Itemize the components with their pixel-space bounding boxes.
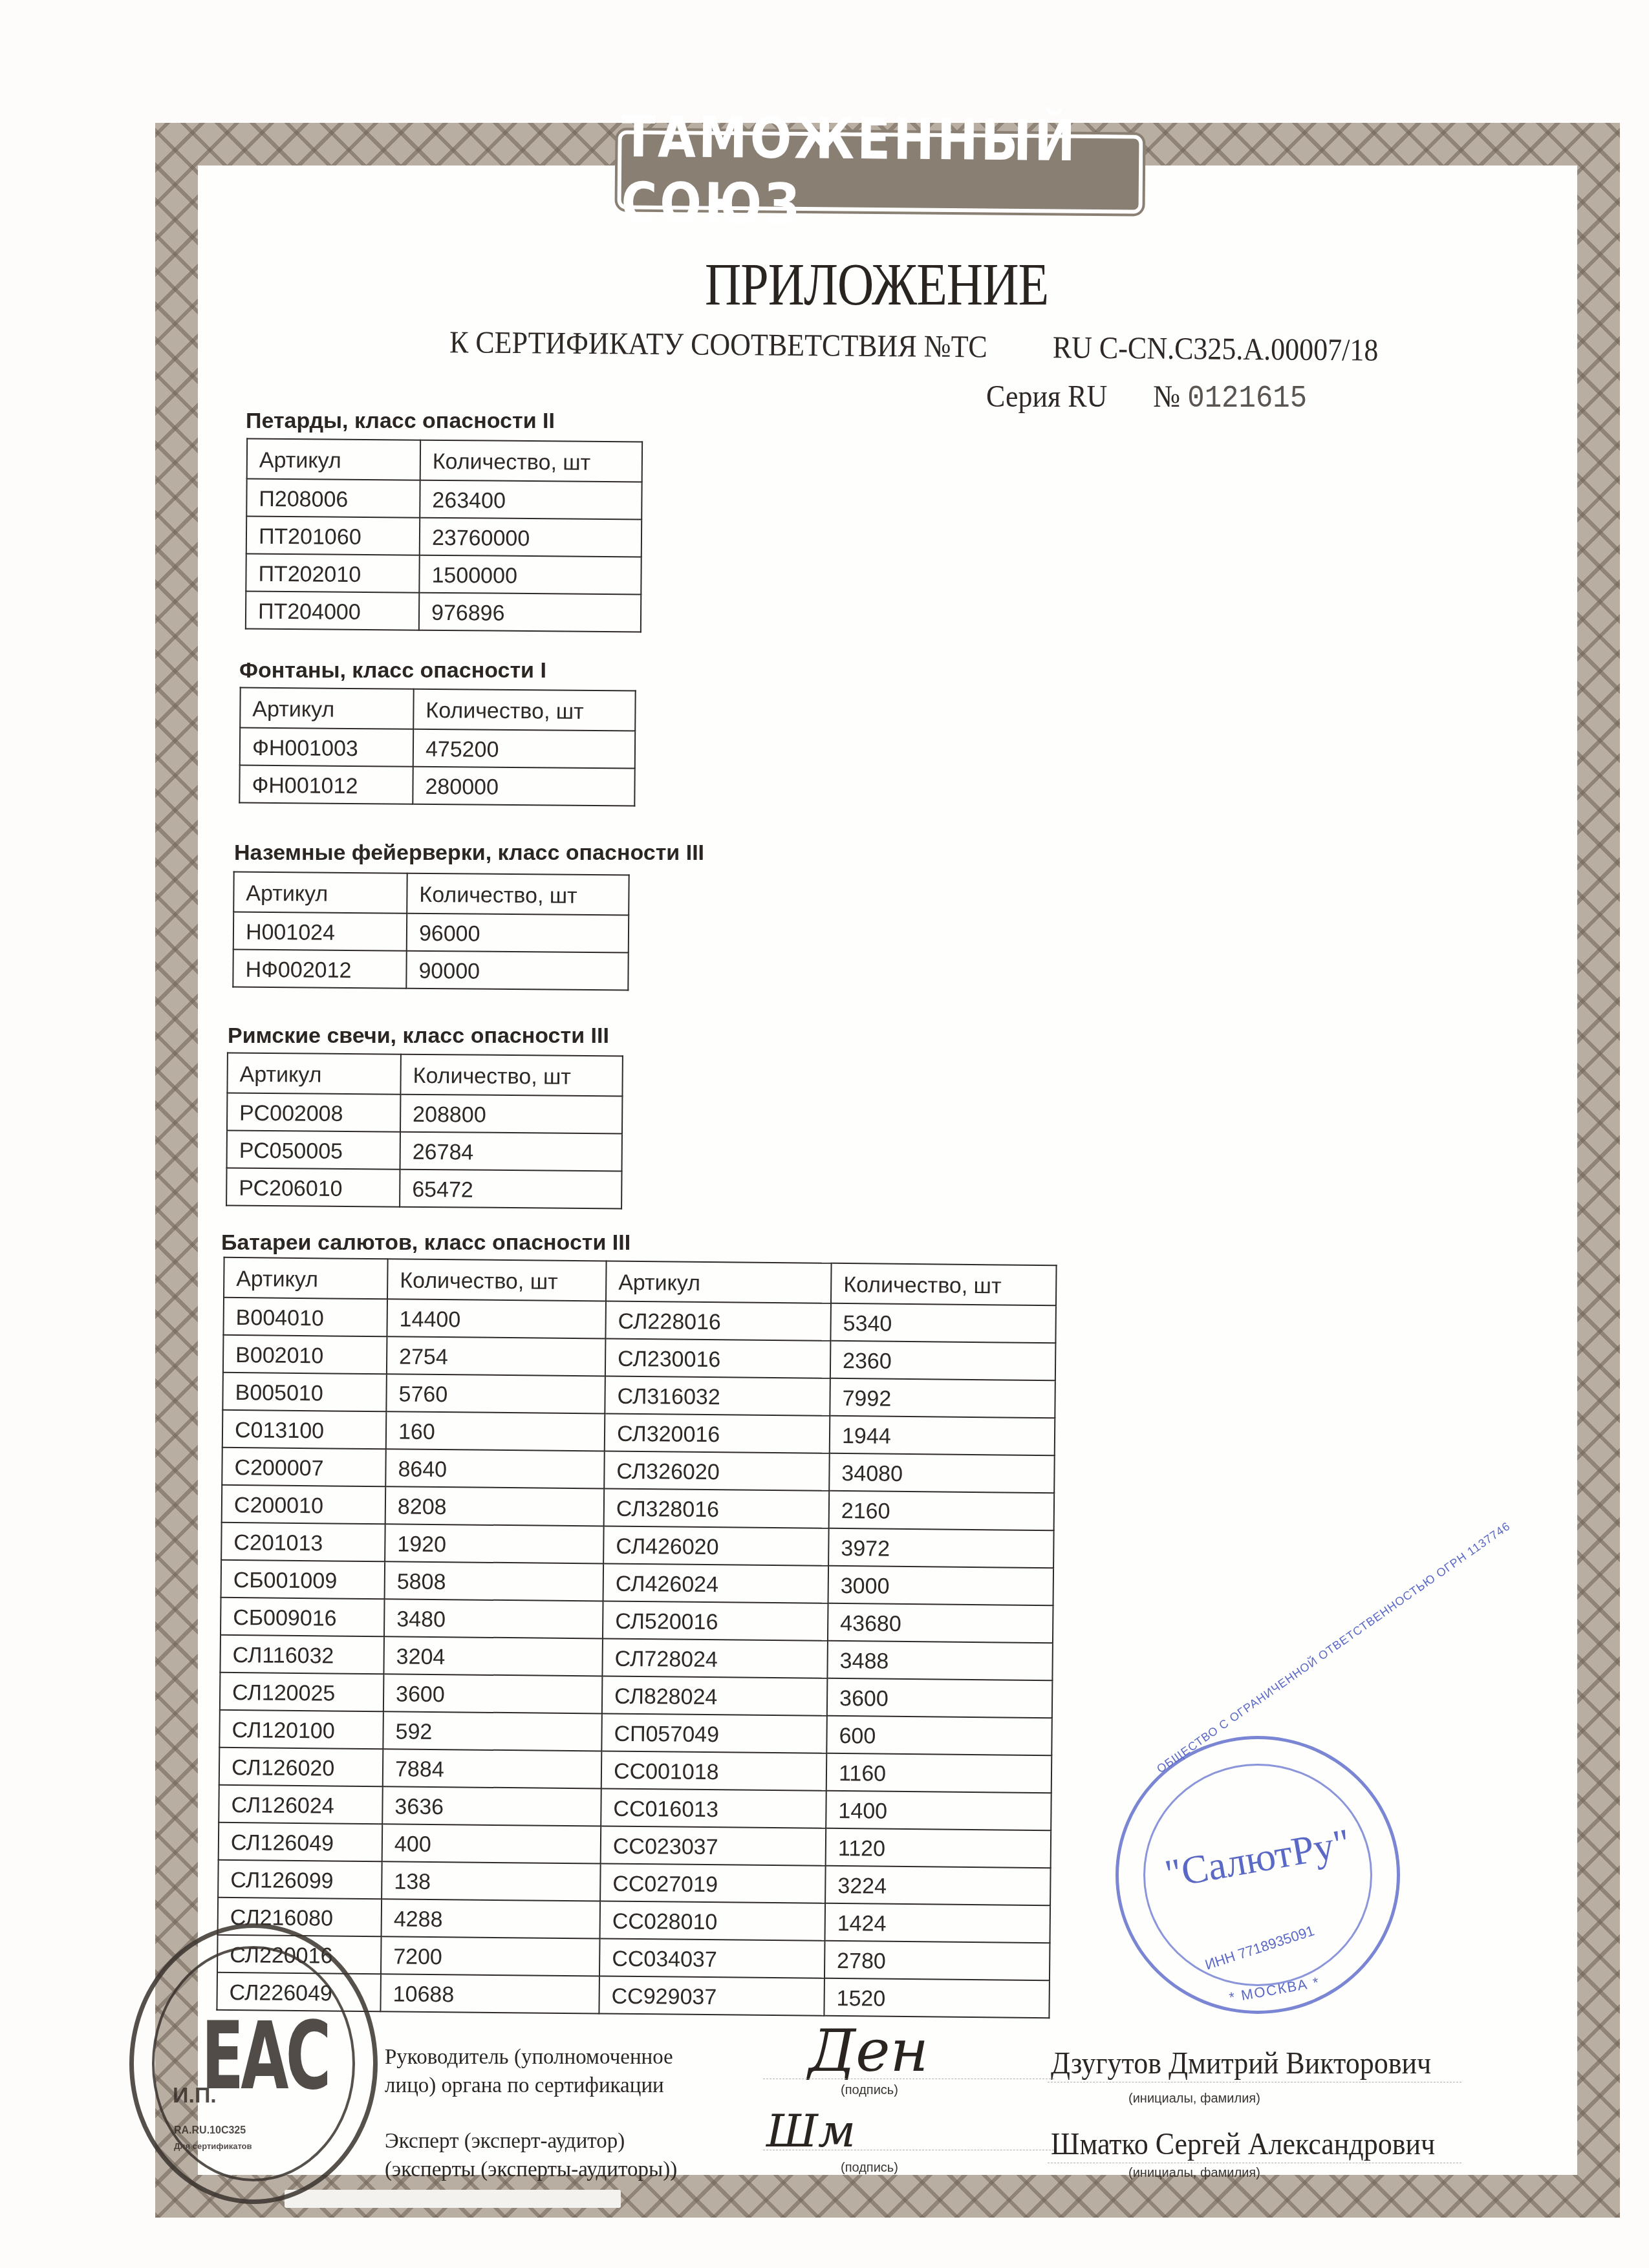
article-cell: РС206010 bbox=[226, 1168, 400, 1207]
table-roman-candles: АртикулКоличество, штРС002008208800РС050… bbox=[226, 1053, 623, 1210]
article-cell: СЛ126024 bbox=[219, 1785, 383, 1824]
column-header-article: Артикул bbox=[224, 1257, 388, 1299]
section-title-fountains: Фонтаны, класс опасности I bbox=[239, 658, 546, 683]
article-cell: ПТ202010 bbox=[246, 554, 419, 593]
quantity-cell: 3224 bbox=[825, 1866, 1051, 1905]
series-value: RU bbox=[1068, 379, 1107, 414]
table-row: РС20601065472 bbox=[226, 1168, 621, 1209]
certificate-prefix: К СЕРТИФИКАТУ СООТВЕТСТВИЯ bbox=[449, 325, 917, 363]
certificate-no-label: №ТС bbox=[923, 329, 987, 365]
head-signature-caption: (подпись) bbox=[841, 2083, 898, 2098]
quantity-cell: 976896 bbox=[419, 593, 641, 632]
quantity-cell: 3600 bbox=[383, 1674, 603, 1713]
series-label: Серия bbox=[986, 379, 1061, 414]
article-cell: ПТ204000 bbox=[246, 592, 419, 630]
quantity-cell: 43680 bbox=[828, 1603, 1053, 1643]
quantity-cell: 7992 bbox=[830, 1378, 1055, 1418]
page-title: ПРИЛОЖЕНИЕ bbox=[705, 250, 1048, 319]
article-cell: ФН001003 bbox=[240, 728, 413, 767]
article-cell: С013100 bbox=[222, 1410, 387, 1449]
company-stamp: ОБЩЕСТВО С ОГРАНИЧЕННОЙ ОТВЕТСТВЕННОСТЬЮ… bbox=[1115, 1736, 1400, 2014]
article-cell: СЛ116032 bbox=[220, 1635, 384, 1674]
quantity-cell: 1424 bbox=[825, 1903, 1051, 1943]
article-cell: СЛ828024 bbox=[602, 1676, 828, 1715]
table-row: ФН001003475200 bbox=[240, 728, 635, 769]
quantity-cell: 1160 bbox=[826, 1753, 1052, 1793]
article-cell: СС028010 bbox=[600, 1901, 826, 1940]
article-cell: Н001024 bbox=[233, 912, 407, 951]
article-cell: СС016013 bbox=[601, 1788, 826, 1828]
table-row: Н00102496000 bbox=[233, 912, 629, 953]
article-cell: С200007 bbox=[222, 1448, 386, 1486]
quantity-cell: 2360 bbox=[830, 1341, 1056, 1380]
article-cell: СЛ728024 bbox=[602, 1638, 828, 1678]
article-cell: СЛ328016 bbox=[604, 1489, 830, 1528]
head-name: Дзугутов Дмитрий Викторович bbox=[1051, 2044, 1431, 2081]
eac-stamp-registration: RA.RU.10C325 bbox=[174, 2125, 246, 2137]
quantity-cell: 7200 bbox=[381, 1936, 600, 1976]
expert-label-line2: (эксперты (эксперты-аудиторы)) bbox=[385, 2156, 677, 2184]
column-header-quantity: Количество, шт bbox=[413, 689, 635, 731]
column-header-article: Артикул bbox=[240, 688, 413, 729]
quantity-cell: 280000 bbox=[413, 767, 634, 806]
series-line: Серия RU № 0121615 bbox=[986, 378, 1307, 416]
quantity-cell: 8208 bbox=[385, 1486, 605, 1526]
expert-signature-line bbox=[763, 2150, 1054, 2150]
article-cell: СЛ126049 bbox=[219, 1823, 383, 1861]
table-row: РС002008208800 bbox=[227, 1093, 622, 1134]
article-cell: В004010 bbox=[223, 1298, 387, 1336]
eac-logo: ЕАС bbox=[201, 2003, 328, 2111]
quantity-cell: 2754 bbox=[387, 1336, 606, 1376]
article-cell: СЛ316032 bbox=[605, 1376, 830, 1416]
quantity-cell: 23760000 bbox=[420, 518, 641, 557]
table-row: НФ00201290000 bbox=[233, 950, 628, 990]
article-cell: СЛ126020 bbox=[219, 1748, 383, 1786]
quantity-cell: 7884 bbox=[383, 1749, 602, 1788]
article-cell: СЛ320016 bbox=[605, 1414, 830, 1453]
quantity-cell: 4288 bbox=[382, 1899, 601, 1938]
article-cell: РС050005 bbox=[227, 1131, 400, 1170]
eac-stamp-initials: И.П. bbox=[173, 2083, 217, 2108]
article-cell: СЛ426020 bbox=[603, 1526, 829, 1566]
head-signature-icon: Ден bbox=[808, 2017, 929, 2085]
quantity-cell: 1400 bbox=[826, 1791, 1051, 1830]
table-petards: АртикулКоличество, штП208006263400ПТ2010… bbox=[245, 438, 643, 633]
article-cell: СС027019 bbox=[600, 1863, 826, 1903]
column-header-quantity: Количество, шт bbox=[387, 1259, 607, 1301]
quantity-cell: 160 bbox=[386, 1411, 605, 1451]
article-cell: В002010 bbox=[223, 1335, 387, 1374]
table-ground-fireworks: АртикулКоличество, штН00102496000НФ00201… bbox=[232, 872, 629, 991]
quantity-cell: 1920 bbox=[385, 1524, 604, 1563]
customs-union-banner: ТАМОЖЕННЫЙ СОЮЗ bbox=[617, 130, 1143, 213]
table-header-row: АртикулКоличество, шт bbox=[247, 439, 642, 482]
head-signature-line bbox=[763, 2079, 1054, 2079]
article-cell: СЛ326020 bbox=[604, 1451, 830, 1491]
head-name-caption: (инициалы, фамилия) bbox=[1128, 2091, 1260, 2106]
quantity-cell: 96000 bbox=[407, 914, 629, 953]
article-cell: СП057049 bbox=[601, 1713, 827, 1753]
table-salute-batteries: АртикулКоличество, штАртикулКоличество, … bbox=[216, 1257, 1057, 2018]
article-cell: С200010 bbox=[222, 1485, 386, 1524]
quantity-cell: 1500000 bbox=[419, 555, 641, 595]
table-row: ФН001012280000 bbox=[239, 765, 634, 806]
article-cell: СС034037 bbox=[599, 1938, 825, 1978]
table-header-row: АртикулКоличество, шт bbox=[227, 1053, 622, 1097]
table-header-row: АртикулКоличество, шт bbox=[233, 872, 629, 915]
eac-stamp-purpose: Для сертификатов bbox=[174, 2141, 252, 2151]
quantity-cell: 475200 bbox=[413, 729, 635, 769]
column-header-quantity: Количество, шт bbox=[407, 873, 629, 915]
article-cell: РС002008 bbox=[227, 1093, 400, 1132]
article-cell: ПТ201060 bbox=[246, 517, 420, 555]
head-label-line2: лицо) органа по сертификации bbox=[385, 2071, 673, 2100]
article-cell: С201013 bbox=[221, 1523, 385, 1561]
column-header-article: Артикул bbox=[606, 1261, 832, 1303]
article-cell: П208006 bbox=[246, 479, 420, 518]
column-header-quantity: Количество, шт bbox=[831, 1263, 1057, 1305]
table-row: РС05000526784 bbox=[227, 1131, 622, 1171]
quantity-cell: 3480 bbox=[384, 1599, 603, 1638]
article-cell: СЛ120100 bbox=[219, 1710, 383, 1749]
expert-name-line bbox=[1048, 2163, 1461, 2163]
quantity-cell: 14400 bbox=[387, 1299, 606, 1338]
quantity-cell: 90000 bbox=[406, 951, 628, 990]
eac-stamp: ЕАС И.П. RA.RU.10C325 Для сертификатов bbox=[129, 1923, 378, 2204]
quantity-cell: 2780 bbox=[824, 1941, 1050, 1980]
head-label-line1: Руководитель (уполномоченное bbox=[385, 2043, 673, 2071]
quantity-cell: 1120 bbox=[826, 1828, 1051, 1868]
quantity-cell: 8640 bbox=[385, 1449, 605, 1488]
table-row: ПТ204000976896 bbox=[246, 592, 641, 632]
article-cell: ФН001012 bbox=[239, 765, 413, 804]
table-row: П208006263400 bbox=[246, 479, 641, 520]
quantity-cell: 208800 bbox=[400, 1095, 622, 1134]
article-cell: СС001018 bbox=[601, 1751, 827, 1790]
quantity-cell: 1520 bbox=[824, 1978, 1050, 2018]
article-cell: СЛ126099 bbox=[218, 1860, 382, 1899]
table-header-row: АртикулКоличество, шт bbox=[240, 688, 635, 731]
quantity-cell: 592 bbox=[383, 1711, 602, 1751]
quantity-cell: 5760 bbox=[386, 1374, 605, 1413]
serial-no-label: № bbox=[1153, 379, 1180, 414]
article-cell: СЛ120025 bbox=[220, 1673, 384, 1711]
article-cell: СЛ426024 bbox=[603, 1564, 829, 1603]
quantity-cell: 26784 bbox=[400, 1132, 622, 1171]
article-cell: В005010 bbox=[222, 1373, 387, 1411]
quantity-cell: 138 bbox=[382, 1861, 601, 1901]
expert-name-caption: (инициалы, фамилия) bbox=[1128, 2166, 1260, 2181]
quantity-cell: 5808 bbox=[385, 1561, 604, 1601]
quantity-cell: 400 bbox=[382, 1824, 601, 1863]
article-cell: СЛ228016 bbox=[605, 1301, 831, 1341]
banner-text: ТАМОЖЕННЫЙ СОЮЗ bbox=[621, 103, 1139, 241]
quantity-cell: 3488 bbox=[827, 1641, 1053, 1680]
quantity-cell: 3972 bbox=[828, 1528, 1054, 1568]
article-cell: СБ001009 bbox=[221, 1560, 385, 1599]
head-name-line bbox=[1048, 2082, 1461, 2082]
column-header-quantity: Количество, шт bbox=[420, 440, 642, 482]
column-header-article: Артикул bbox=[247, 439, 420, 480]
expert-label: Эксперт (эксперт-аудитор) (эксперты (экс… bbox=[385, 2127, 677, 2184]
head-label: Руководитель (уполномоченное лицо) орган… bbox=[385, 2043, 673, 2100]
article-cell: СБ009016 bbox=[221, 1598, 385, 1636]
table-fountains: АртикулКоличество, штФН001003475200ФН001… bbox=[239, 687, 636, 807]
column-header-article: Артикул bbox=[233, 872, 407, 914]
expert-label-line1: Эксперт (эксперт-аудитор) bbox=[385, 2127, 677, 2156]
quantity-cell: 1944 bbox=[830, 1416, 1055, 1455]
section-title-ground-fireworks: Наземные фейерверки, класс опасности III bbox=[234, 840, 704, 866]
quantity-cell: 3204 bbox=[383, 1636, 603, 1676]
quantity-cell: 34080 bbox=[829, 1453, 1055, 1493]
quantity-cell: 3000 bbox=[828, 1566, 1054, 1605]
quantity-cell: 3600 bbox=[827, 1678, 1053, 1718]
article-cell: СС023037 bbox=[601, 1826, 826, 1865]
section-title-roman-candles: Римские свечи, класс опасности III bbox=[228, 1023, 609, 1049]
quantity-cell: 2160 bbox=[829, 1491, 1055, 1530]
serial-number: 0121615 bbox=[1187, 381, 1307, 417]
table-row: ПТ2020101500000 bbox=[246, 554, 641, 595]
frame-footer-strip bbox=[285, 2190, 621, 2208]
certificate-number: RU C-CN.C325.A.00007/18 bbox=[1053, 330, 1379, 367]
quantity-cell: 600 bbox=[826, 1716, 1052, 1755]
expert-signature-caption: (подпись) bbox=[841, 2161, 898, 2176]
table-row: ПТ20106023760000 bbox=[246, 517, 641, 557]
quantity-cell: 263400 bbox=[420, 480, 641, 520]
quantity-cell: 65472 bbox=[400, 1170, 621, 1209]
column-header-quantity: Количество, шт bbox=[400, 1054, 622, 1097]
column-header-article: Артикул bbox=[227, 1053, 400, 1095]
article-cell: СЛ520016 bbox=[603, 1601, 828, 1640]
article-cell: СС929037 bbox=[599, 1976, 824, 2015]
article-cell: СЛ230016 bbox=[605, 1339, 831, 1378]
quantity-cell: 5340 bbox=[830, 1303, 1056, 1343]
section-title-salute-batteries: Батареи салютов, класс опасности III bbox=[221, 1230, 630, 1256]
article-cell: НФ002012 bbox=[233, 950, 406, 989]
quantity-cell: 3636 bbox=[382, 1786, 601, 1826]
quantity-cell: 10688 bbox=[380, 1974, 599, 2013]
expert-name: Шматко Сергей Александрович bbox=[1051, 2125, 1435, 2162]
section-title-petards: Петарды, класс опасности II bbox=[246, 409, 555, 434]
